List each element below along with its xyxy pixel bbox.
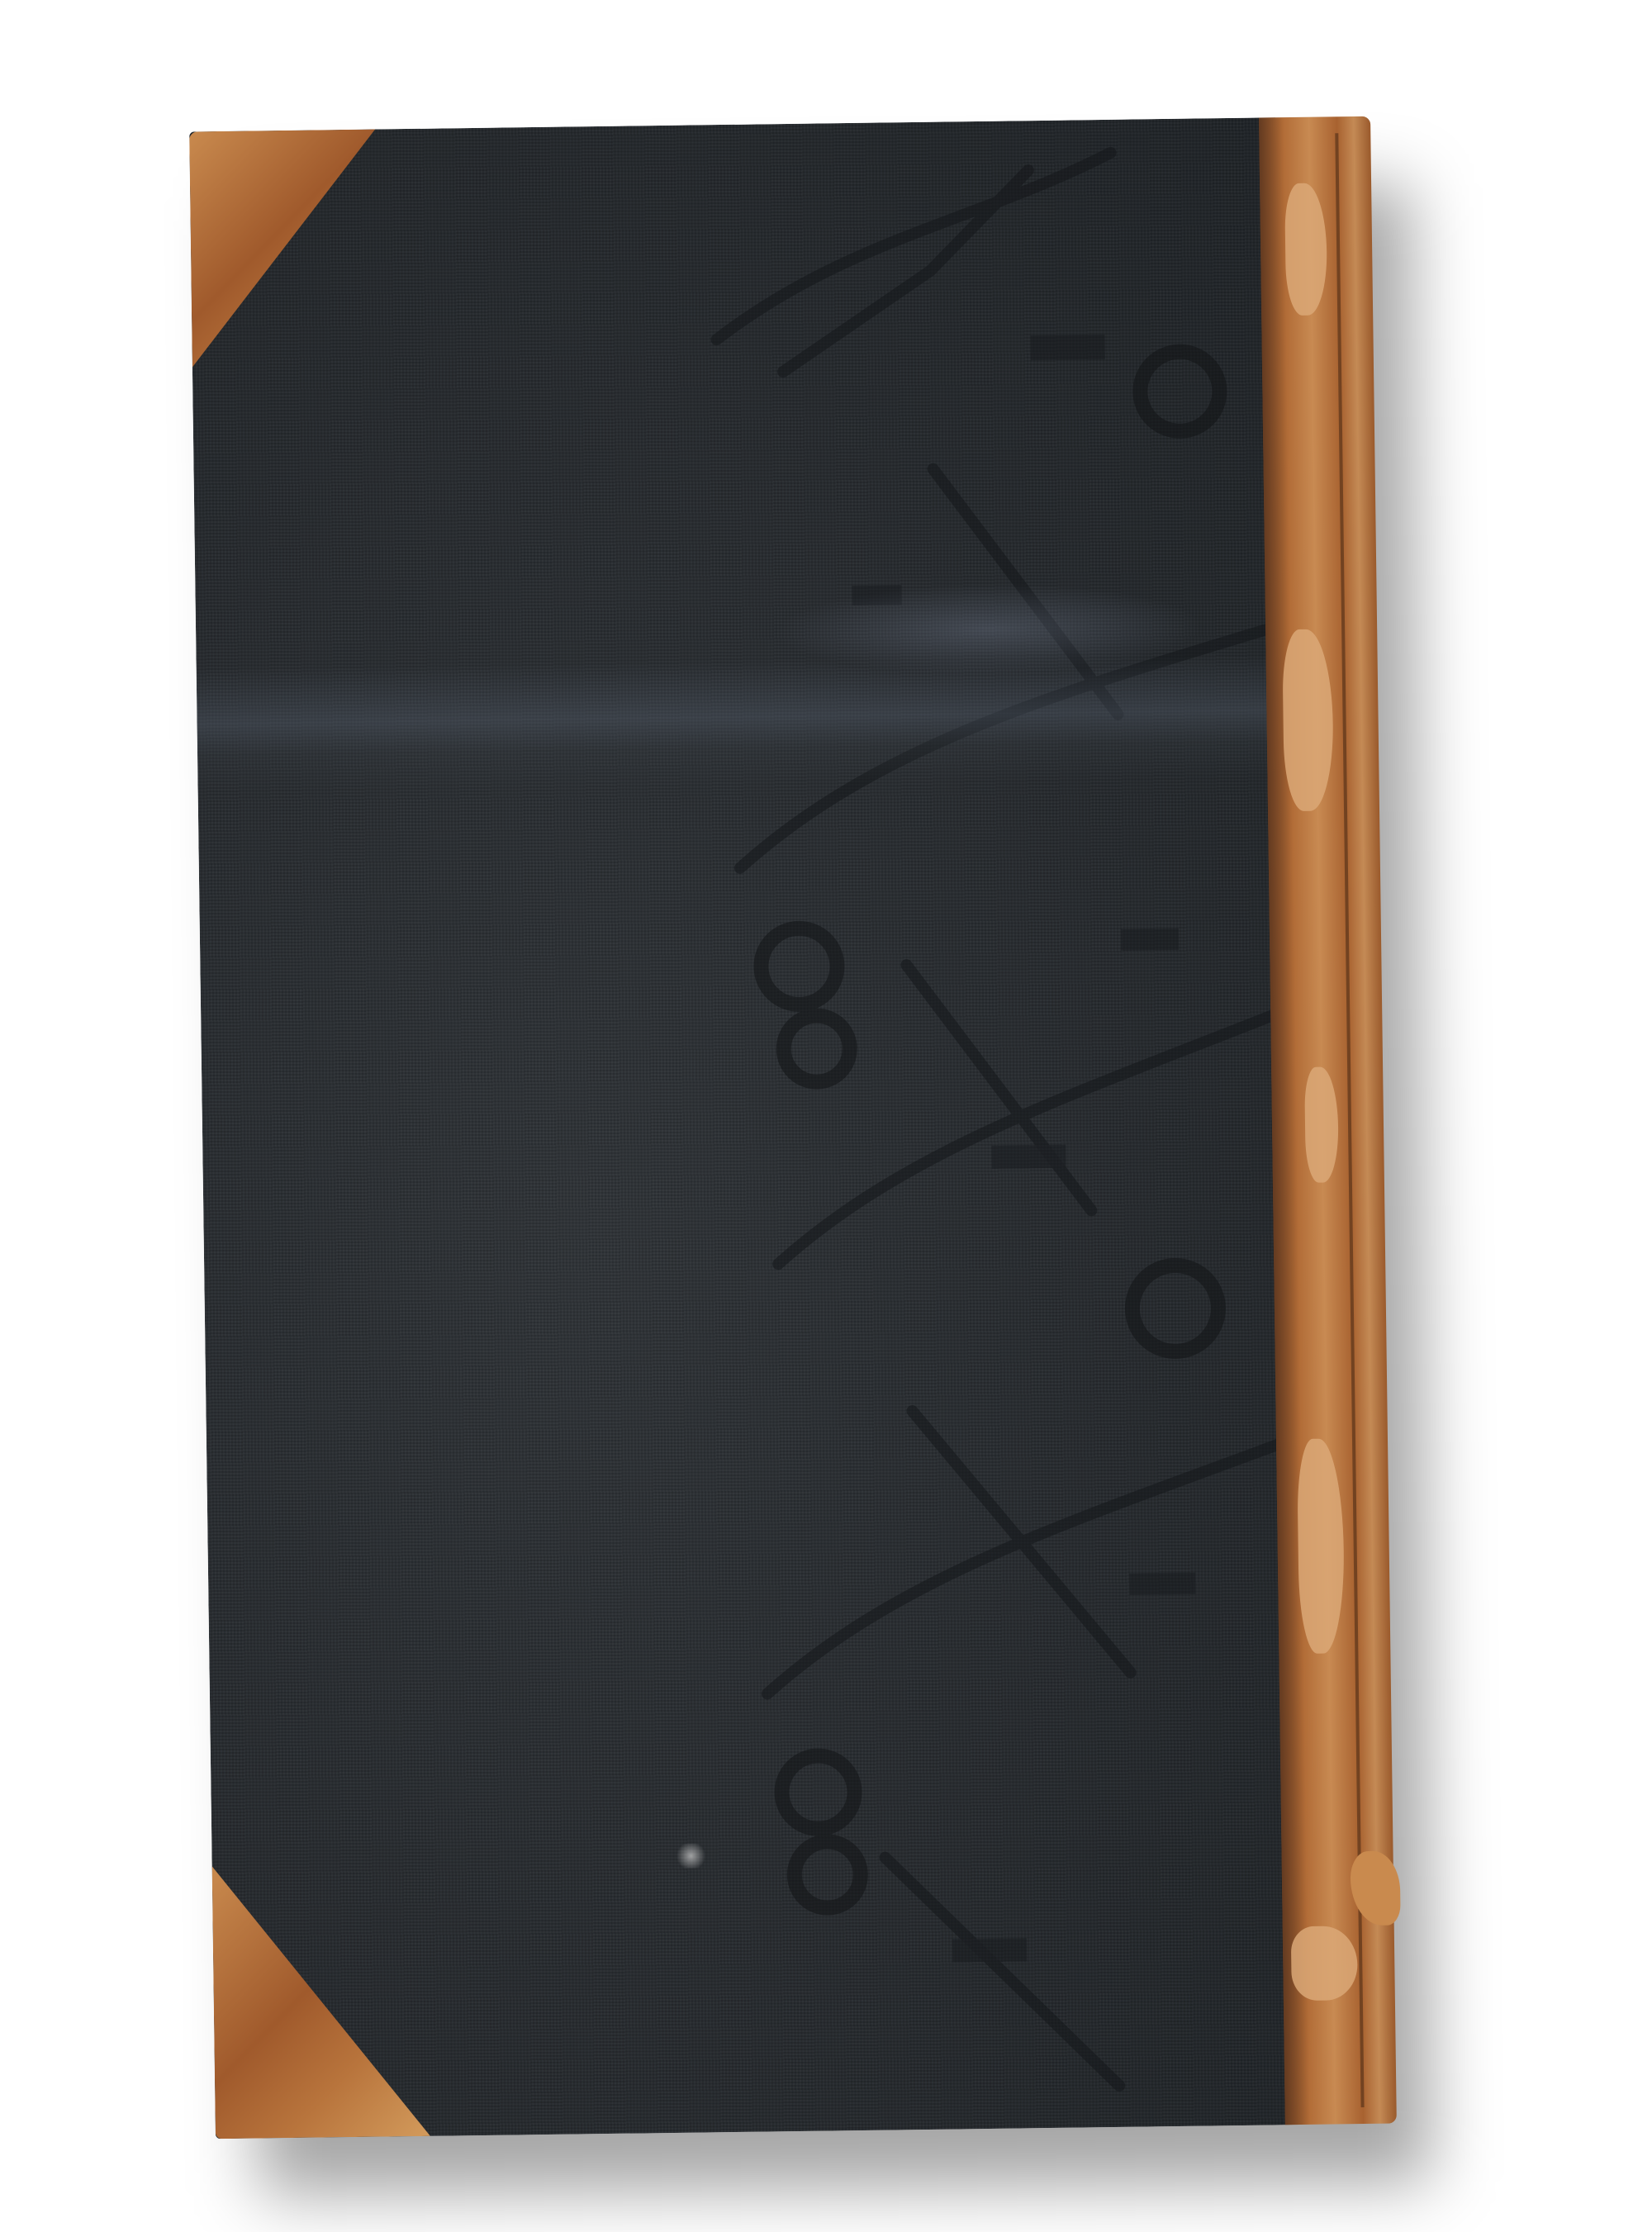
worn-speck <box>674 1843 707 1869</box>
spine-wear <box>1284 183 1327 316</box>
photo-scene <box>0 0 1652 2232</box>
book <box>189 116 1397 2139</box>
spine-wear <box>1282 629 1334 811</box>
spine-wear <box>1291 1926 1358 2001</box>
scuff-band <box>197 654 1284 792</box>
spine-wear <box>1304 1066 1339 1183</box>
spine-wear <box>1297 1438 1345 1654</box>
cloth-cover <box>189 117 1302 2139</box>
damask-pattern <box>681 117 1302 2132</box>
spine-groove <box>1335 133 1364 2107</box>
scuff-mark <box>773 581 1203 677</box>
